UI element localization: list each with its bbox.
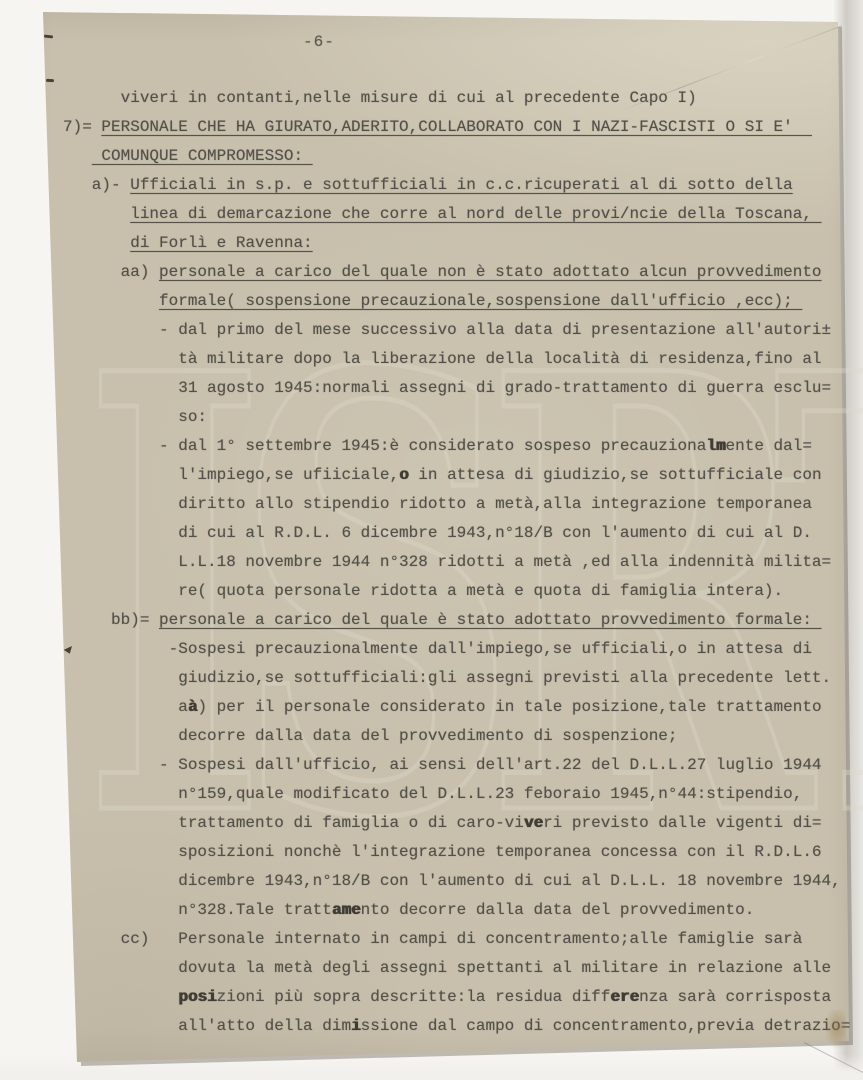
text-line: sposizioni nonchè l'integrazione tempora… xyxy=(63,838,850,867)
overstruck-text: à xyxy=(188,698,198,716)
typed-text: n°328.Tale tratt xyxy=(63,901,332,919)
text-line: tà militare dopo la liberazione della lo… xyxy=(63,345,850,374)
text-line: dicembre 1943,n°18/B con l'aumento di cu… xyxy=(63,867,850,896)
typed-text: bb)= xyxy=(63,611,159,629)
staple-mark xyxy=(46,79,54,83)
text-line: giudizio,se sottufficiali:gli assegni pr… xyxy=(63,664,850,693)
typed-text: re( quota personale ridotta a metà e quo… xyxy=(63,582,783,600)
underlined-text: linea di demarcazione che corre al nord … xyxy=(130,205,821,223)
typed-text: 7)= xyxy=(63,118,101,136)
typed-text: -Sospesi precauzionalmente dall'impiego,… xyxy=(63,640,812,658)
text-line: bb)= personale a carico del quale è stat… xyxy=(63,606,850,635)
text-line: - dal primo del mese successivo alla dat… xyxy=(63,316,850,345)
typed-text: di cui al R.D.L. 6 dicembre 1943,n°18/B … xyxy=(63,524,812,542)
text-line: n°159,quale modificato del D.L.L.23 febo… xyxy=(63,780,850,809)
page-number: -6- xyxy=(303,33,335,51)
typed-text xyxy=(63,205,130,223)
typed-text: - Sospesi dall'ufficio, ai sensi dell'ar… xyxy=(63,756,822,774)
typed-text: viveri in contanti,nelle misure di cui a… xyxy=(63,89,697,107)
typed-text: nza sarà corrisposta xyxy=(639,988,831,1006)
typed-text: 31 agosto 1945:normali assegni di grado-… xyxy=(63,379,831,397)
overstruck-text: posi xyxy=(178,988,216,1006)
typed-text: L.L.18 novembre 1944 n°328 ridotti a met… xyxy=(63,553,831,571)
typed-text: dovuta la metà degli assegni spettanti a… xyxy=(63,959,831,977)
typed-text: n°159,quale modificato del D.L.L.23 febo… xyxy=(63,785,802,803)
typed-text: trattamento di famiglia o di caro-vi xyxy=(63,814,524,832)
underlined-text: COMUNQUE COMPROMESSO: xyxy=(92,147,313,165)
overstruck-text: ere xyxy=(610,988,639,1006)
typed-text: giudizio,se sottufficiali:gli assegni pr… xyxy=(63,669,831,687)
typed-text xyxy=(63,234,130,252)
typed-text: aa) xyxy=(63,263,159,281)
text-line: di Forlì e Ravenna: xyxy=(63,229,850,258)
underlined-text: personale a carico del quale è stato ado… xyxy=(159,611,822,629)
typed-text: ssione dal campo di concentramento,previ… xyxy=(361,1017,851,1035)
text-line: decorre dalla data del provvedimento di … xyxy=(63,722,850,751)
typed-text: - dal primo del mese successivo alla dat… xyxy=(63,321,831,339)
scan-background: { "page_number": "-6-", "watermark_text"… xyxy=(0,0,863,1080)
typed-text: a xyxy=(63,698,188,716)
text-line: dovuta la metà degli assegni spettanti a… xyxy=(63,954,850,983)
text-line: 31 agosto 1945:normali assegni di grado-… xyxy=(63,374,850,403)
text-line: formale( sospensione precauzionale,sospe… xyxy=(63,287,850,316)
overstruck-text: i xyxy=(351,1017,361,1035)
typed-text: in attesa di giudizio,se sottufficiale c… xyxy=(409,466,822,484)
underlined-text: formale( sospensione precauzionale,sospe… xyxy=(159,292,802,310)
text-line: linea di demarcazione che corre al nord … xyxy=(63,200,850,229)
typed-text: nto decorre dalla data del provvedimento… xyxy=(361,901,755,919)
overstruck-text: o xyxy=(399,466,409,484)
text-line: so: xyxy=(63,403,850,432)
typed-text: decorre dalla data del provvedimento di … xyxy=(63,727,678,745)
text-line: trattamento di famiglia o di caro-viveri… xyxy=(63,809,850,838)
text-line: di cui al R.D.L. 6 dicembre 1943,n°18/B … xyxy=(63,519,850,548)
underlined-text: di Forlì e Ravenna: xyxy=(130,234,312,252)
text-line: -Sospesi precauzionalmente dall'impiego,… xyxy=(63,635,850,664)
underlined-text: Ufficiali in s.p. e sottufficiali in c.c… xyxy=(130,176,793,194)
text-line: cc) Personale internato in campi di conc… xyxy=(63,925,850,954)
typed-text: ri previsto dalle vigenti di= xyxy=(543,814,821,832)
text-line: a)- Ufficiali in s.p. e sottufficiali in… xyxy=(63,171,850,200)
text-line: aà) per il personale considerato in tale… xyxy=(63,693,850,722)
text-line: 7)= PERSONALE CHE HA GIURATO,ADERITO,COL… xyxy=(63,113,850,142)
text-line: L.L.18 novembre 1944 n°328 ridotti a met… xyxy=(63,548,850,577)
typed-text: sposizioni nonchè l'integrazione tempora… xyxy=(63,843,822,861)
text-line: viveri in contanti,nelle misure di cui a… xyxy=(63,84,850,113)
text-line: aa) personale a carico del quale non è s… xyxy=(63,258,850,287)
typed-lines: viveri in contanti,nelle misure di cui a… xyxy=(63,84,850,1041)
text-line: all'atto della dimissione dal campo di c… xyxy=(63,1012,850,1041)
typed-text: a)- xyxy=(63,176,130,194)
typed-text: dicembre 1943,n°18/B con l'aumento di cu… xyxy=(63,872,841,890)
typed-text: cc) Personale internato in campi di conc… xyxy=(63,930,802,948)
typed-text: l'impiego,se ufiiciale, xyxy=(63,466,399,484)
typed-text: ) per il personale considerato in tale p… xyxy=(197,698,821,716)
typed-text xyxy=(63,988,178,1006)
typed-text: ente dal= xyxy=(726,437,812,455)
typed-text: so: xyxy=(63,408,207,426)
typed-text xyxy=(63,147,92,165)
underlined-text: personale a carico del quale non è stato… xyxy=(159,263,822,281)
text-line: l'impiego,se ufiiciale,o in attesa di gi… xyxy=(63,461,850,490)
text-line: - Sospesi dall'ufficio, ai sensi dell'ar… xyxy=(63,751,850,780)
overstruck-text: ame xyxy=(332,901,361,919)
typed-text: tà militare dopo la liberazione della lo… xyxy=(63,350,822,368)
text-line: - dal 1° settembre 1945:è considerato so… xyxy=(63,432,850,461)
typed-text: - dal 1° settembre 1945:è considerato so… xyxy=(63,437,706,455)
text-line: posizioni più sopra descritte:la residua… xyxy=(63,983,850,1012)
underlined-text: PERSONALE CHE HA GIURATO,ADERITO,COLLABO… xyxy=(101,118,812,136)
overstruck-text: ve xyxy=(524,814,543,832)
text-line: re( quota personale ridotta a metà e quo… xyxy=(63,577,850,606)
text-line: n°328.Tale trattamento decorre dalla dat… xyxy=(63,896,850,925)
typed-text xyxy=(63,292,159,310)
typed-text: all'atto della dim xyxy=(63,1017,351,1035)
overstruck-text: lm xyxy=(706,437,725,455)
typed-text: diritto allo stipendio ridotto a metà,al… xyxy=(63,495,812,513)
corner-tear-smudge xyxy=(824,1010,846,1050)
text-line: COMUNQUE COMPROMESSO: xyxy=(63,142,850,171)
typed-text: zioni più sopra descritte:la residua dif… xyxy=(217,988,611,1006)
text-line: diritto allo stipendio ridotto a metà,al… xyxy=(63,490,850,519)
